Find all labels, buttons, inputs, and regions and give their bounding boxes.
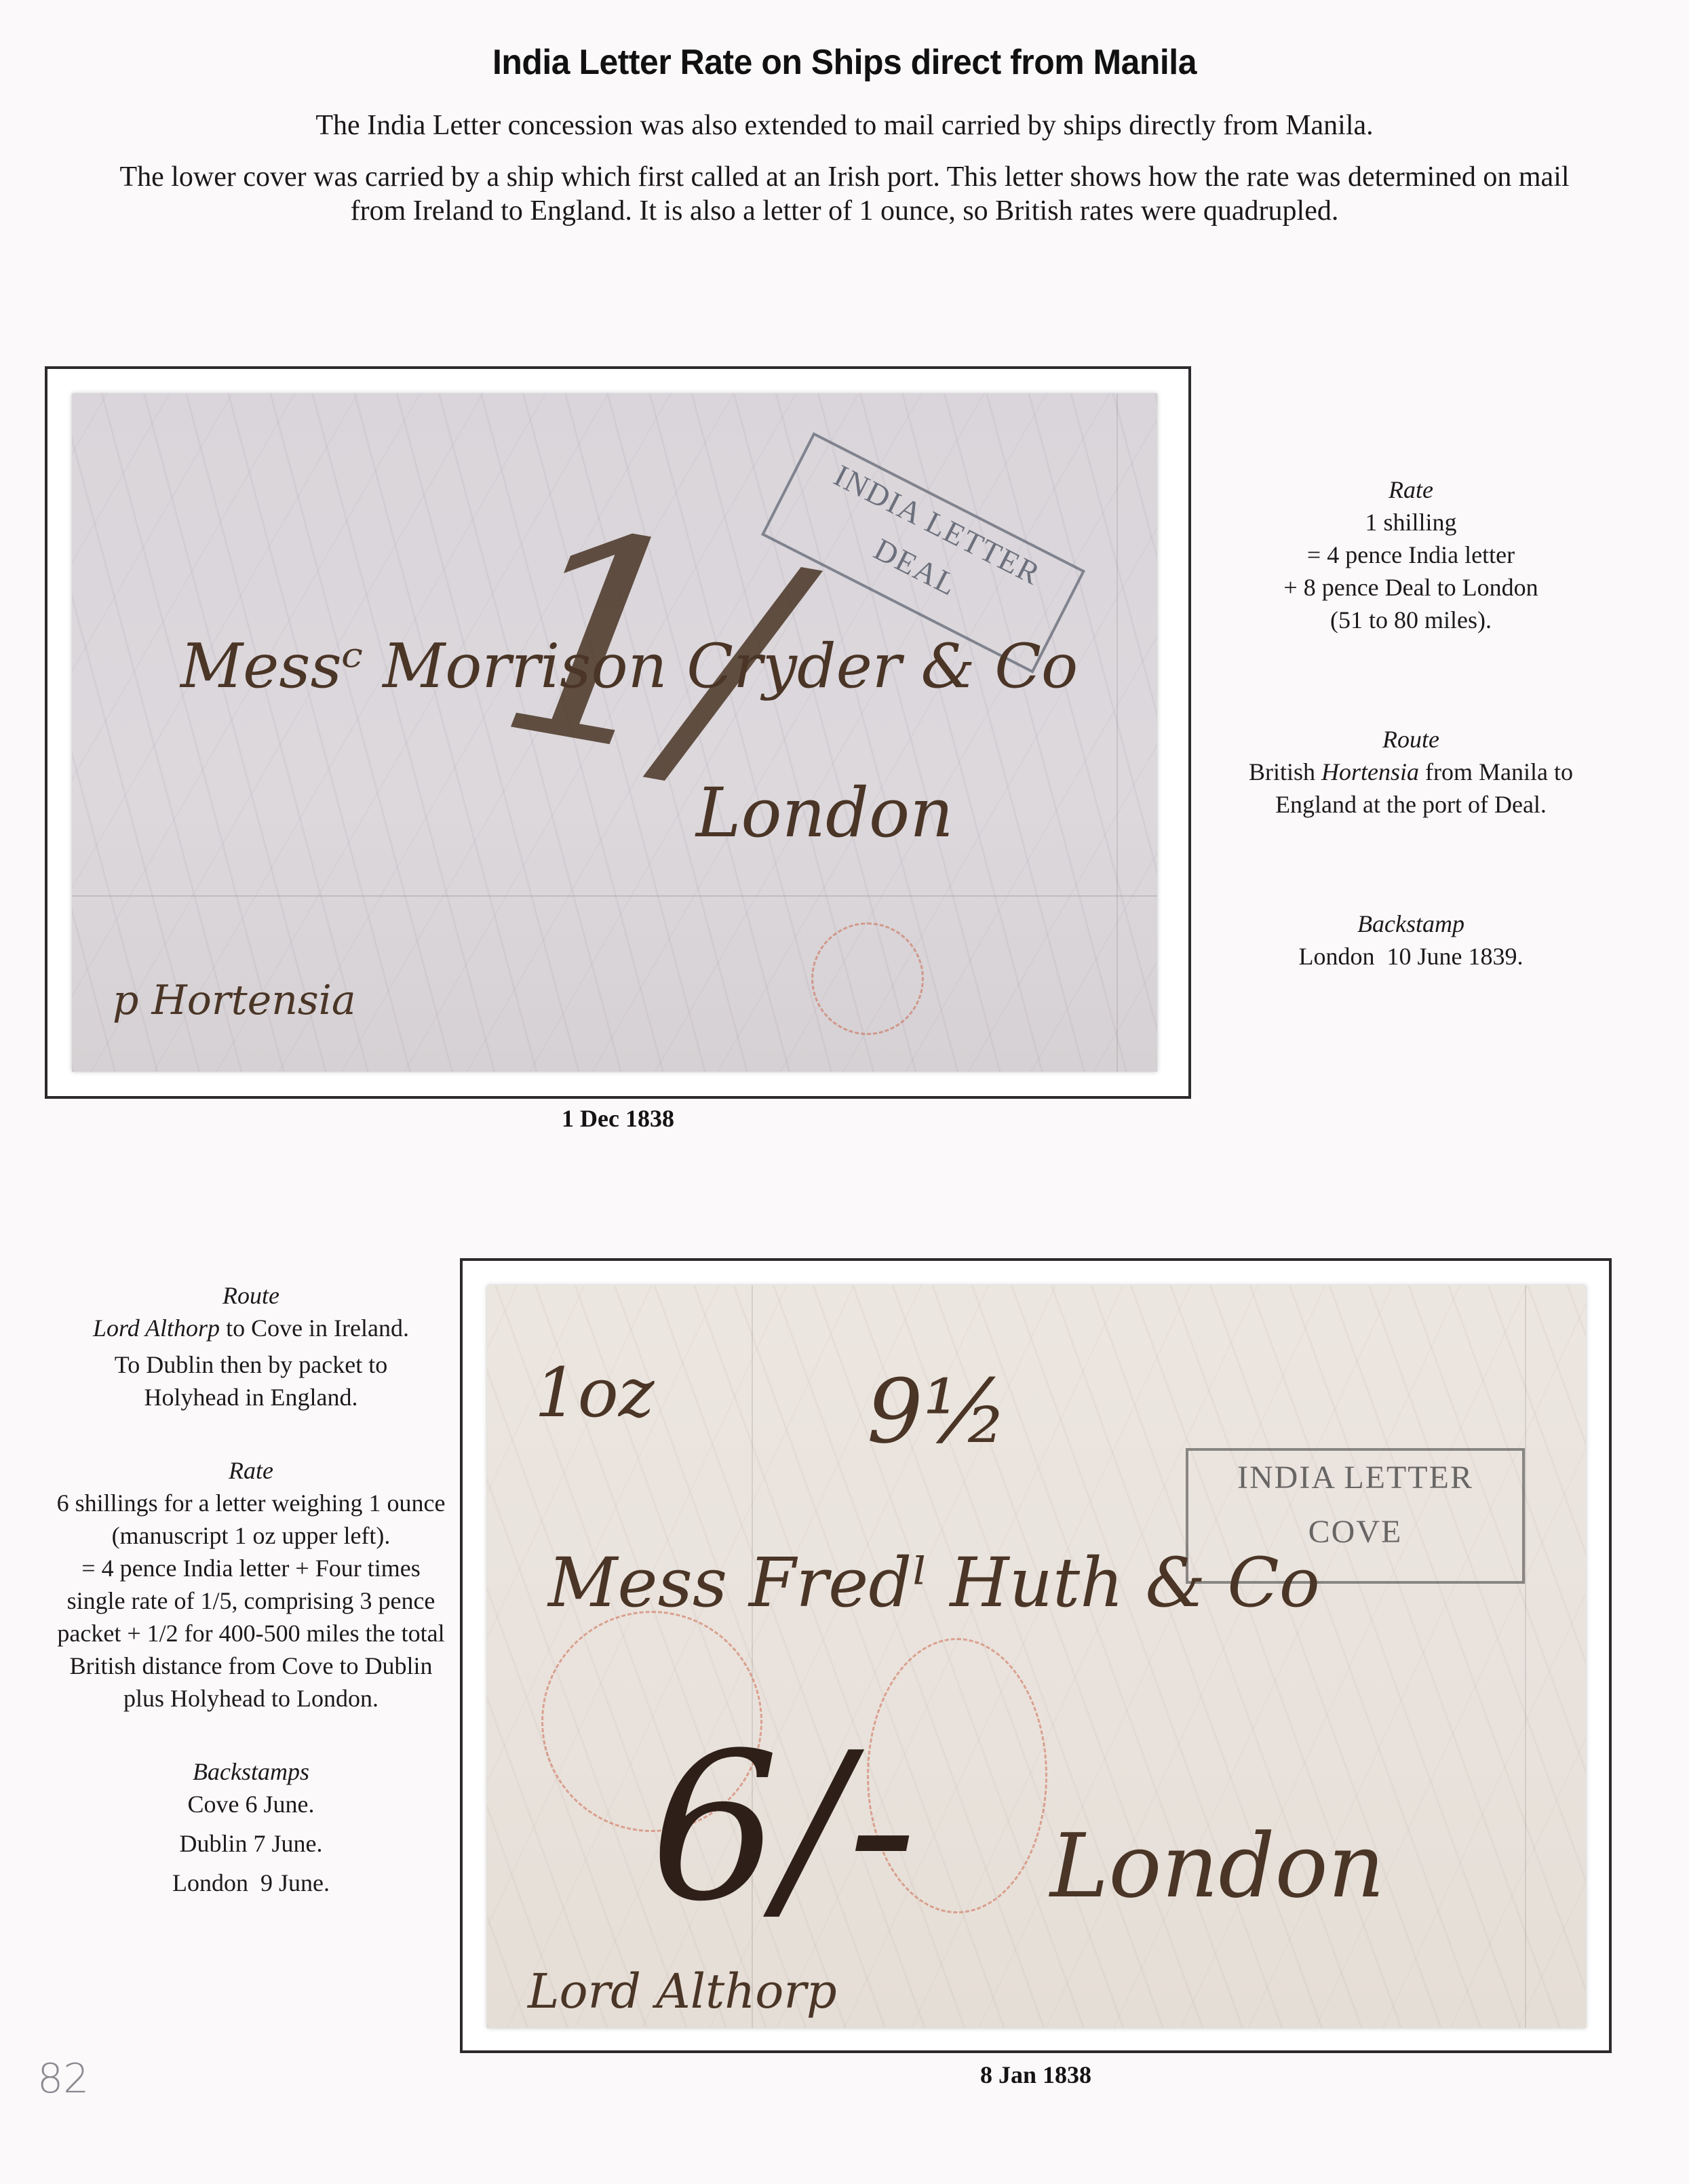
route-heading: Route — [1194, 723, 1628, 756]
upper-address-line-2: London — [696, 773, 954, 853]
lower-route-section: Route Lord Althorp to Cove in Ireland. T… — [47, 1279, 454, 1413]
lower-cover-notes: Route Lord Althorp to Cove in Ireland. T… — [47, 1279, 454, 1899]
intro-paragraph-1: The India Letter concession was also ext… — [0, 109, 1689, 142]
upper-backstamp-section: Backstamp London 10 June 1839. — [1194, 908, 1628, 973]
route-line: To Dublin then by packet to Holyhead in … — [47, 1344, 454, 1413]
route-text-pre: British — [1249, 758, 1321, 785]
lower-rate-section: Rate 6 shillings for a letter weighing 1… — [47, 1454, 454, 1715]
upper-ship-endorsement: p Hortensia — [113, 977, 356, 1024]
backstamp-line: London 9 June. — [47, 1867, 454, 1899]
rate-heading: Rate — [1194, 473, 1628, 506]
intro-paragraph-2: The lower cover was carried by a ship wh… — [95, 160, 1594, 228]
lower-ship-endorsement: Lord Althorp — [528, 1964, 837, 2019]
rate-line: = 4 pence India letter + Four times sing… — [47, 1552, 454, 1715]
upper-route-section: Route British Hortensia from Manila to E… — [1194, 723, 1628, 821]
route-ship-name: Hortensia — [1321, 758, 1419, 785]
upper-address-line-1: Messᶜ Morrison Cryder & Co — [180, 631, 1078, 702]
rate-line: 1 shilling — [1194, 506, 1628, 539]
handstamp-line-1: INDIA LETTER — [1188, 1451, 1522, 1505]
lower-address-line-1: Mess Fredˡ Huth & Co — [548, 1543, 1320, 1622]
upper-cover-date: 1 Dec 1838 — [45, 1104, 1191, 1133]
route-text-post: to Cove in Ireland. — [220, 1314, 409, 1342]
red-backstamp-mark — [811, 922, 924, 1035]
upper-rate-section: Rate 1 shilling = 4 pence India letter +… — [1194, 473, 1628, 636]
route-text: British Hortensia from Manila to England… — [1194, 756, 1628, 821]
route-ship-name: Lord Althorp — [93, 1314, 220, 1342]
lower-address-line-2: London — [1050, 1814, 1385, 1917]
upper-cover-notes: Rate 1 shilling = 4 pence India letter +… — [1194, 473, 1628, 973]
lower-cover-image: INDIA LETTER COVE 1oz 9½ Mess Fredˡ Huth… — [487, 1285, 1586, 2028]
fold-line — [1117, 393, 1118, 1072]
lower-weight-mark: 1oz — [535, 1353, 655, 1432]
rate-line: = 4 pence India letter — [1194, 539, 1628, 571]
page-title: India Letter Rate on Ships direct from M… — [34, 42, 1655, 83]
upper-cover-image: INDIA LETTER DEAL 1/ Messᶜ Morrison Cryd… — [72, 393, 1157, 1072]
route-text: Lord Althorp to Cove in Ireland. — [47, 1312, 454, 1344]
page-number: 82 — [37, 2055, 89, 2103]
backstamp-line: Cove 6 June. — [47, 1788, 454, 1820]
route-heading: Route — [47, 1279, 454, 1312]
backstamp-line: Dublin 7 June. — [47, 1827, 454, 1860]
lower-backstamps-section: Backstamps Cove 6 June. Dublin 7 June. L… — [47, 1755, 454, 1899]
backstamp-heading: Backstamp — [1194, 908, 1628, 940]
backstamp-line: London 10 June 1839. — [1194, 940, 1628, 973]
rate-heading: Rate — [47, 1454, 454, 1487]
rate-line: 6 shillings for a letter weighing 1 ounc… — [47, 1487, 454, 1552]
fold-line — [1525, 1285, 1526, 2028]
fold-line — [72, 895, 1157, 897]
lower-rate-mark: 6/- — [650, 1726, 916, 1930]
lower-cover-frame: INDIA LETTER COVE 1oz 9½ Mess Fredˡ Huth… — [460, 1258, 1612, 2053]
backstamps-heading: Backstamps — [47, 1755, 454, 1788]
upper-cover-frame: INDIA LETTER DEAL 1/ Messᶜ Morrison Cryd… — [45, 366, 1191, 1099]
rate-line: (51 to 80 miles). — [1194, 604, 1628, 636]
lower-other-mark: 9½ — [867, 1360, 1009, 1463]
intro-paragraph-2-text: The lower cover was carried by a ship wh… — [119, 161, 1569, 227]
rate-line: + 8 pence Deal to London — [1194, 571, 1628, 604]
lower-cover-date: 8 Jan 1838 — [460, 2061, 1612, 2089]
